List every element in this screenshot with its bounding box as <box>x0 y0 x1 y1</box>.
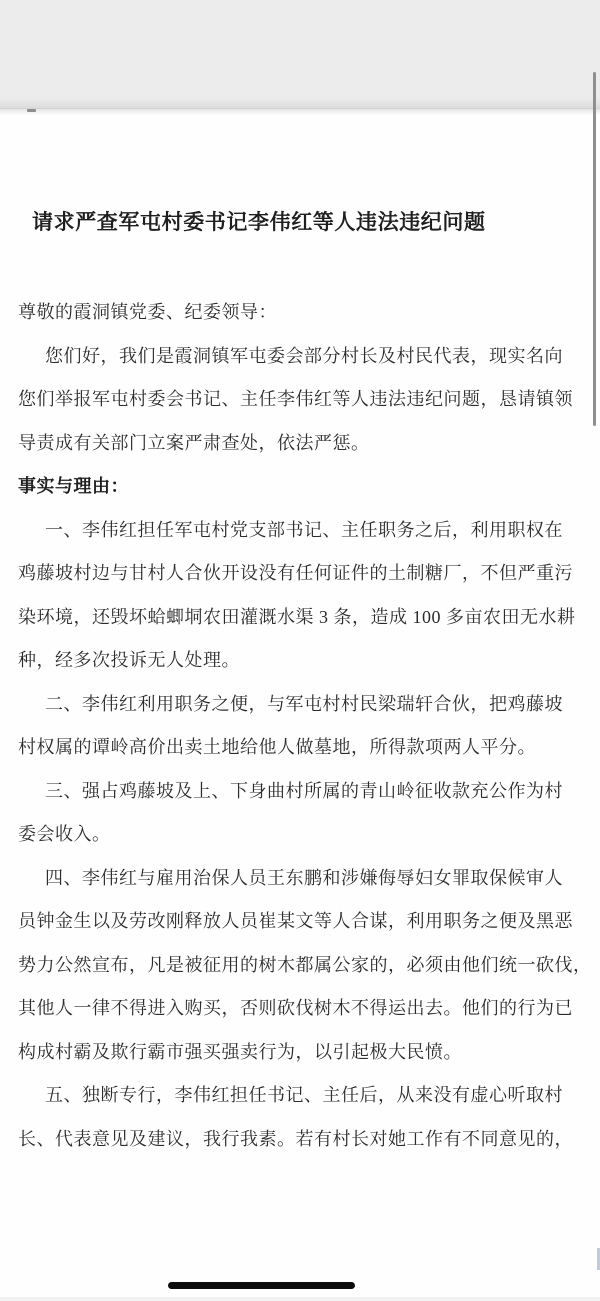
document-line: 构成村霸及欺行霸市强买强卖行为，以引起极大民愤。 <box>18 1031 584 1075</box>
document-line: 导责成有关部门立案严肃查处，依法严惩。 <box>18 422 584 466</box>
bottom-hairline <box>0 1297 600 1301</box>
document-line: 鸡藤坡村边与甘村人合伙开设没有任何证件的土制糖厂，不但严重污 <box>18 552 584 596</box>
document-line: 您们举报军屯村委会书记、主任李伟红等人违法违纪问题，恳请镇领 <box>18 378 584 422</box>
document-line-item-5: 五、独断专行，李伟红担任书记、主任后，从来没有虚心听取村 <box>18 1074 584 1118</box>
page-corner-artifact <box>27 109 36 112</box>
document-line: 长、代表意见及建议，我行我素。若有村长对她工作有不同意见的， <box>18 1118 584 1162</box>
document-line: 村权属的谭岭高价出卖土地给他人做墓地，所得款项两人平分。 <box>18 726 584 770</box>
mobile-screen: 请求严查军屯村委书记李伟红等人违法违纪问题 尊敬的霞洞镇党委、纪委领导： 您们好… <box>0 0 600 1301</box>
scrollbar-thumb[interactable] <box>593 72 596 426</box>
document-line-section-heading: 事实与理由： <box>18 465 584 509</box>
document-line: 您们好，我们是霞洞镇军屯委会部分村长及村民代表，现实名向 <box>18 335 584 379</box>
page-edge-shadow <box>0 109 600 115</box>
document-line: 种，经多次投诉无人处理。 <box>18 639 584 683</box>
document-line-item-3: 三、强占鸡藤坡及上、下身曲村所属的青山岭征收款充公作为村 <box>18 770 584 814</box>
document-line: 委会收入。 <box>18 813 584 857</box>
document-line-item-1: 一、李伟红担任军屯村党支部书记、主任职务之后，利用职权在 <box>18 509 584 553</box>
document-line: 势力公然宣布，凡是被征用的树木都属公家的，必须由他们统一砍伐， <box>18 944 584 988</box>
document-line-item-2: 二、李伟红利用职务之便，与军屯村村民梁瑞轩合伙，把鸡藤坡 <box>18 683 584 727</box>
document-title: 请求严查军屯村委书记李伟红等人违法违纪问题 <box>32 202 486 242</box>
document-line: 染环境，还毁坏蛤蝍垌农田灌溉水渠 3 条，造成 100 多亩农田无水耕 <box>18 596 584 640</box>
document-line: 员钟金生以及劳改刚释放人员崔某文等人合谋，利用职务之便及黑恶 <box>18 900 584 944</box>
document-line-salutation: 尊敬的霞洞镇党委、纪委领导： <box>18 291 584 335</box>
status-area <box>0 0 600 109</box>
document-line: 其他人一律不得进入购买，否则砍伐树木不得运出去。他们的行为已 <box>18 987 584 1031</box>
document-line-item-4: 四、李伟红与雇用治保人员王东鹏和涉嫌侮辱妇女罪取保候审人 <box>18 857 584 901</box>
home-indicator[interactable] <box>168 1282 355 1289</box>
document-body: 尊敬的霞洞镇党委、纪委领导： 您们好，我们是霞洞镇军屯委会部分村长及村民代表，现… <box>18 291 584 1161</box>
